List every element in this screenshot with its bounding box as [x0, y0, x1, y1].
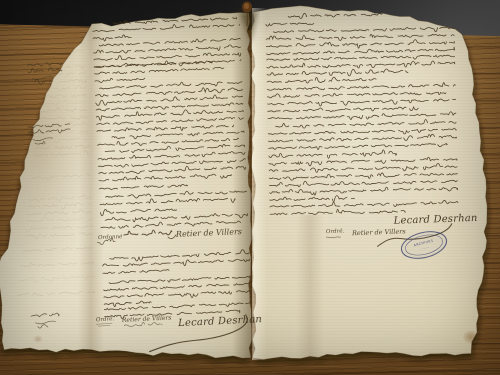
- left-page-crease-shadow: [78, 20, 104, 358]
- gutter-highlight: [252, 8, 267, 360]
- ordre-word-right: Ordré.: [326, 227, 345, 235]
- handwriting-stroke: [32, 76, 52, 79]
- right-page-crease-shadow: [296, 215, 324, 360]
- manuscript-scene: Ordonné Retier de Villers Ordré. Retier …: [0, 0, 500, 375]
- handwriting-stroke: [50, 36, 84, 40]
- binding-knot-highlight: [244, 3, 249, 9]
- ordonne-word: Ordonné: [98, 233, 123, 241]
- ordre-word-left: Ordré.: [96, 315, 115, 323]
- handwriting-stroke: [27, 62, 61, 67]
- binding-thread: [247, 12, 248, 26]
- gutter-shadow: [232, 8, 252, 360]
- handwriting-stroke: [28, 67, 62, 74]
- stain-spot-left: [33, 335, 43, 343]
- manuscript-photo: Ordonné Retier de Villers Ordré. Retier …: [0, 0, 500, 375]
